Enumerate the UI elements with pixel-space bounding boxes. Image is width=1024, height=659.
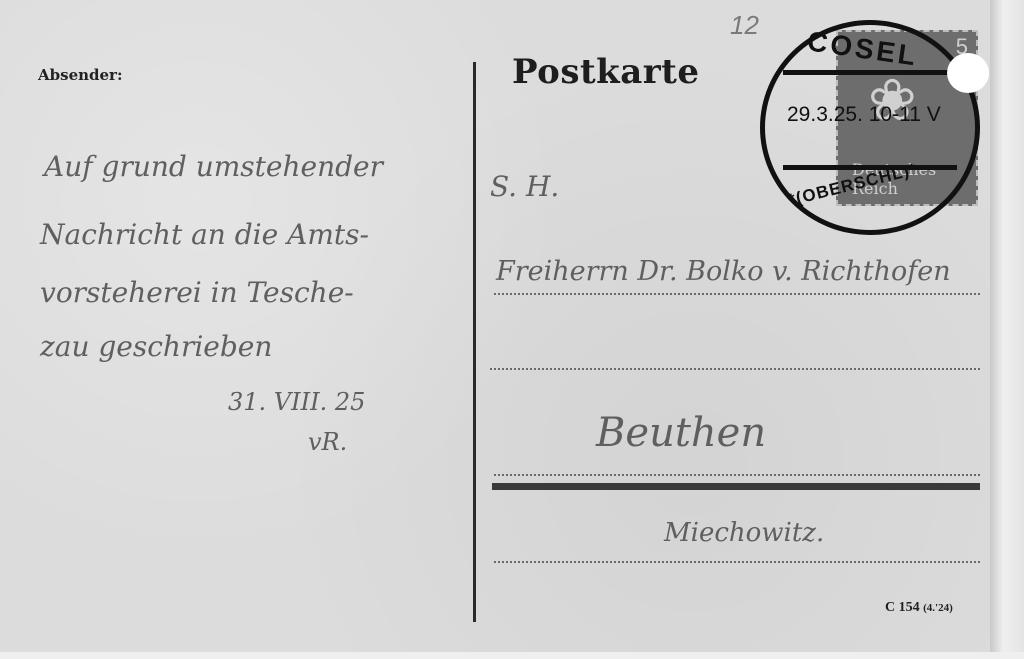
address-street: Miechowitz. <box>664 518 824 548</box>
sender-note-date: 31. VIII. 25 <box>228 388 365 416</box>
address-line-2 <box>490 368 980 370</box>
postcard: Absender: Auf grund umstehender Nachrich… <box>0 0 990 659</box>
city-underline <box>492 483 980 490</box>
address-recipient: Freiherrn Dr. Bolko v. Richthofen <box>496 256 951 287</box>
address-salutation: S. H. <box>490 170 559 203</box>
form-code: C 154 (4.'24) <box>885 600 953 616</box>
address-line-3 <box>494 474 980 476</box>
postmark-city: COSEL <box>805 25 920 72</box>
vertical-divider <box>473 62 476 622</box>
postmark: COSEL 29.3.25. 10-11 V *(OBERSCHL)* <box>760 20 980 235</box>
form-code-number: C 154 <box>885 600 920 615</box>
archive-number: 12 <box>730 10 759 41</box>
address-line-1 <box>494 293 980 295</box>
sender-note-line-1: Auf grund umstehender <box>44 150 383 183</box>
address-line-4 <box>494 561 980 563</box>
sender-note-line-4: zau geschrieben <box>40 330 272 363</box>
address-city: Beuthen <box>596 410 766 456</box>
sender-note-line-3: vorsteherei in Tesche- <box>40 276 354 309</box>
form-code-date: (4.'24) <box>923 602 953 614</box>
sender-label: Absender: <box>38 66 123 84</box>
postmark-date: 29.3.25. 10-11 V <box>787 103 941 127</box>
sender-note-initials: vR. <box>308 428 347 456</box>
sender-note-line-2: Nachricht an die Amts- <box>40 218 369 251</box>
card-edge <box>990 0 1024 659</box>
card-bottom-edge <box>0 652 1024 659</box>
punch-hole <box>947 53 989 93</box>
postcard-title: Postkarte <box>512 52 700 92</box>
